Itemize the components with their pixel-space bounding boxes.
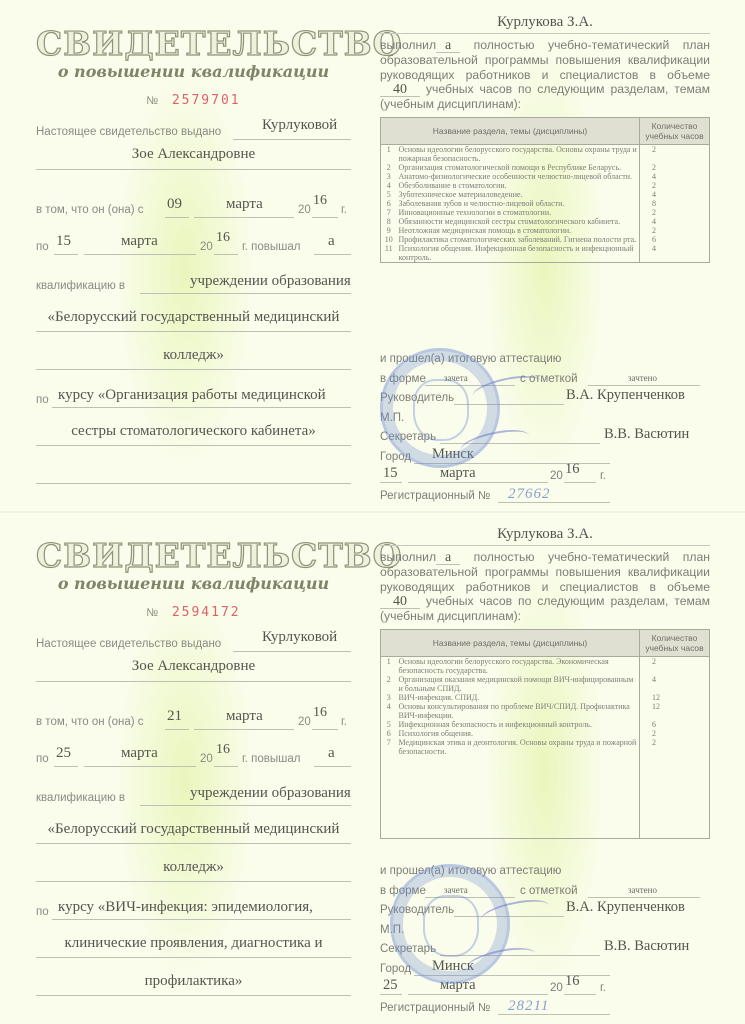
row-topic: Профилактика стоматологических заболеван… (397, 235, 640, 244)
row-topic: Психология общения. Инфекционная безопас… (397, 244, 640, 263)
underline (564, 482, 596, 483)
issue-date-line: 25 марта 20 16 г. (380, 978, 710, 997)
row-number: 9 (381, 226, 397, 235)
institution-line-3: колледж» (36, 347, 351, 364)
course-line: клинические проявления, диагностика и (36, 936, 351, 958)
certificate: СВИДЕТЕЛЬСТВО о повышении квалификации №… (0, 0, 745, 512)
course-line: по курсу «ВИЧ-инфекция: эпидемиология, (36, 898, 351, 920)
mark-label: с отметкой (520, 885, 578, 897)
course-line (36, 462, 351, 484)
row-topic: Обязанности медицинской сестры стоматоло… (397, 217, 640, 226)
certificate-title: СВИДЕТЕЛЬСТВО (36, 536, 351, 575)
row-hours: 2 (640, 208, 710, 217)
date-year-label: г. (600, 470, 606, 482)
row-hours: 12 (640, 702, 710, 720)
coat-of-arms-icon (423, 895, 479, 957)
issued-label: Настоящее свидетельство выдано (36, 638, 221, 650)
table-row: 1Основы идеологии белорусского государст… (381, 145, 710, 164)
table-row: 2Организация стоматологической помощи в … (381, 163, 710, 172)
course-line-1: курсу «Организация работы медицинской (58, 387, 326, 404)
certificate-back: Курлукова З.А. выполнила полностью учебн… (380, 0, 710, 512)
year-label: г. (341, 204, 347, 216)
row-hours: 2 (640, 657, 710, 676)
row-number: 2 (381, 163, 397, 172)
row-hours: 4 (640, 244, 710, 263)
course-line-2: клинические проявления, диагностика и (36, 935, 351, 952)
secretary-name: В.В. Васютин (604, 426, 689, 443)
underline (588, 897, 700, 898)
hours-text: учебных часов по следующим разделам, тем… (380, 594, 710, 623)
course-label: по (36, 906, 49, 918)
underline (312, 729, 338, 730)
institution-line: колледж» (36, 860, 351, 882)
date-year-suffix: 16 (565, 973, 580, 990)
given-names-value: Зое Александровне (36, 658, 351, 675)
institution-line-1: учреждении образования (190, 785, 351, 802)
qualification-label: квалификацию в (36, 280, 125, 292)
underline (52, 407, 351, 408)
number-label: № (146, 95, 158, 107)
table-row: 1Основы идеологии белорусского государст… (381, 657, 710, 676)
row-hours: 2 (640, 145, 710, 164)
row-hours: 2 (640, 729, 710, 738)
underline (588, 385, 700, 386)
institution-line: «Белорусский государственный медицинский (36, 822, 351, 844)
table-row: 8Обязанности медицинской сестры стоматол… (381, 217, 710, 226)
row-hours: 4 (640, 172, 710, 181)
row-number: 3 (381, 693, 397, 702)
from-year-prefix: 20 (298, 716, 311, 728)
row-topic: Организация оказания медицинской помощи … (397, 675, 640, 693)
from-day: 09 (167, 196, 182, 213)
underline (314, 766, 351, 767)
to-year-suffix: 16 (216, 742, 230, 757)
table-row: 11Психология общения. Инфекционная безоп… (381, 244, 710, 263)
underline (165, 729, 189, 730)
from-year-suffix: 16 (313, 193, 327, 208)
certificate-front: СВИДЕТЕЛЬСТВО о повышении квалификации №… (36, 512, 351, 1024)
table-empty-space (381, 756, 710, 838)
completed-suffix: а (436, 40, 460, 53)
table-row: 5Зуботехническое материаловедение.4 (381, 190, 710, 199)
holder-name-line: Курлукова З.А. (380, 10, 710, 34)
row-topic: Медицинская этика и деонтология. Основы … (397, 738, 640, 756)
date-year-prefix: 20 (550, 470, 563, 482)
underline (214, 766, 238, 767)
underline (194, 217, 294, 218)
to-day: 25 (56, 745, 71, 762)
number-label: № (146, 607, 158, 619)
mark-value: зачтено (628, 885, 657, 895)
study-plan-table: Название раздела, темы (дисциплины) Коли… (380, 629, 710, 839)
registration-line: Регистрационный № 28211 (380, 998, 710, 1017)
head-name: В.А. Крупенченков (566, 387, 685, 404)
underline (84, 254, 196, 255)
row-number: 5 (381, 720, 397, 729)
registration-label: Регистрационный № (380, 490, 490, 502)
row-number: 1 (381, 657, 397, 676)
row-topic: Инновационные технологии в стоматологии. (397, 208, 640, 217)
program-paragraph: выполнила полностью учебно-тематический … (380, 38, 710, 112)
program-paragraph: выполнила полностью учебно-тематический … (380, 550, 710, 624)
secretary-name: В.В. Васютин (604, 938, 689, 955)
underline (380, 482, 402, 483)
given-names-line: Зое Александровне (36, 148, 351, 170)
to-year-prefix: 20 (200, 753, 213, 765)
row-number: 6 (381, 199, 397, 208)
course-line: по курсу «Организация работы медицинской (36, 386, 351, 408)
row-hours: 6 (640, 235, 710, 244)
qualification-line: квалификацию в учреждении образования (36, 784, 351, 806)
issue-date-line: 15 марта 20 16 г. (380, 466, 710, 485)
row-hours: 6 (640, 720, 710, 729)
underline (233, 651, 351, 652)
certificate-subtitle: о повышении квалификации (36, 574, 351, 593)
row-number: 1 (381, 145, 397, 164)
institution-line: «Белорусский государственный медицинский (36, 310, 351, 332)
from-date-line: в том, что он (она) с 21 марта 20 16 г. (36, 708, 351, 730)
row-topic: Зуботехническое материаловедение. (397, 190, 640, 199)
row-number: 4 (381, 702, 397, 720)
date-day: 25 (383, 977, 398, 994)
row-hours: 8 (640, 199, 710, 208)
row-topic: Организация стоматологической помощи в Р… (397, 163, 640, 172)
row-hours: 2 (640, 738, 710, 756)
certificate-title: СВИДЕТЕЛЬСТВО (36, 24, 351, 63)
from-year-prefix: 20 (298, 204, 311, 216)
underline (312, 217, 338, 218)
certificate-back: Курлукова З.А. выполнила полностью учебн… (380, 512, 710, 1024)
table-row: 6Заболевания зубов и челюстно-лицевой об… (381, 199, 710, 208)
to-label: по (36, 753, 49, 765)
underline (54, 766, 78, 767)
table-row: 4Основы консультирования по проблеме ВИЧ… (381, 702, 710, 720)
mark-value: зачтено (628, 373, 657, 383)
column-header-name: Название раздела, темы (дисциплины) (381, 118, 640, 145)
course-line: профилактика» (36, 974, 351, 996)
from-label: в том, что он (она) с (36, 716, 144, 728)
row-hours: 4 (640, 675, 710, 693)
given-names-value: Зое Александровне (36, 146, 351, 163)
registration-line: Регистрационный № 27662 (380, 486, 710, 505)
to-year-prefix: 20 (200, 241, 213, 253)
underline (214, 254, 238, 255)
underline (408, 482, 548, 483)
date-year-suffix: 16 (565, 461, 580, 478)
underline (54, 254, 78, 255)
row-number: 7 (381, 208, 397, 217)
row-topic: Основы идеологии белорусского государств… (397, 657, 640, 676)
from-label: в том, что он (она) с (36, 204, 144, 216)
course-label: по (36, 394, 49, 406)
table-row: 2Организация оказания медицинской помощи… (381, 675, 710, 693)
date-day: 15 (383, 465, 398, 482)
row-topic: ВИЧ-инфекция. СПИД. (397, 693, 640, 702)
year-label: г. (341, 716, 347, 728)
institution-line-2: «Белорусский государственный медицинский (36, 309, 351, 326)
institution-line: колледж» (36, 348, 351, 370)
row-number: 7 (381, 738, 397, 756)
date-year-prefix: 20 (550, 982, 563, 994)
qualification-line: квалификацию в учреждении образования (36, 272, 351, 294)
institution-line-2: «Белорусский государственный медицинский (36, 821, 351, 838)
course-line-2: сестры стоматологического кабинета» (36, 423, 351, 440)
column-header-name: Название раздела, темы (дисциплины) (381, 630, 640, 657)
table-row: 6Психология общения.2 (381, 729, 710, 738)
certificate-number: № 2594172 (36, 604, 351, 620)
registration-number: 27662 (508, 486, 551, 503)
row-topic: Основы консультирования по проблеме ВИЧ/… (397, 702, 640, 720)
course-line-1: курсу «ВИЧ-инфекция: эпидемиология, (58, 899, 313, 916)
to-month: марта (121, 233, 158, 250)
to-month: марта (121, 745, 158, 762)
row-topic: Обезболивание в стоматологии. (397, 181, 640, 190)
certificate-subtitle: о повышении квалификации (36, 62, 351, 81)
underline (52, 919, 351, 920)
row-number: 6 (381, 729, 397, 738)
issued-label: Настоящее свидетельство выдано (36, 126, 221, 138)
completed-label: выполнил (380, 38, 436, 52)
underline (380, 994, 402, 995)
underline (564, 994, 596, 995)
from-year-suffix: 16 (313, 705, 327, 720)
table-row: 7Инновационные технологии в стоматологии… (381, 208, 710, 217)
row-topic: Неотложная медицинская помощь в стоматол… (397, 226, 640, 235)
row-topic: Инфекционная безопасность и инфекционный… (397, 720, 640, 729)
row-number: 5 (381, 190, 397, 199)
table-row: 7Медицинская этика и деонтология. Основы… (381, 738, 710, 756)
to-date-line: по 25 марта 20 16 г. повышал а (36, 745, 351, 767)
row-topic: Заболевания зубов и челюстно-лицевой обл… (397, 199, 640, 208)
improved-suffix: а (328, 233, 335, 250)
underline (233, 139, 351, 140)
given-names-line: Зое Александровне (36, 660, 351, 682)
row-number: 10 (381, 235, 397, 244)
registration-number: 28211 (508, 998, 549, 1015)
row-hours: 4 (640, 217, 710, 226)
improved-label: г. повышал (242, 753, 301, 765)
course-line: сестры стоматологического кабинета» (36, 424, 351, 446)
date-year-label: г. (600, 982, 606, 994)
holder-name: Курлукова З.А. (497, 526, 593, 542)
certificate: СВИДЕТЕЛЬСТВО о повышении квалификации №… (0, 512, 745, 1024)
row-topic: Анатомо-физиологические особенности челю… (397, 172, 640, 181)
column-header-hours: Количество учебных часов (640, 630, 710, 657)
table-row: 5Инфекционная безопасность и инфекционны… (381, 720, 710, 729)
page-divider (0, 511, 745, 513)
certificate-front: СВИДЕТЕЛЬСТВО о повышении квалификации №… (36, 0, 351, 512)
from-month: марта (226, 196, 263, 213)
row-topic: Психология общения. (397, 729, 640, 738)
qualification-label: квалификацию в (36, 792, 125, 804)
institution-line-1: учреждении образования (190, 273, 351, 290)
completed-label: выполнил (380, 550, 436, 564)
issued-line: Настоящее свидетельство выдано Курлуково… (36, 630, 351, 652)
table-row: 4Обезболивание в стоматологии.2 (381, 181, 710, 190)
hours-total: 40 (380, 84, 420, 97)
underline (140, 805, 351, 806)
table-row: 3Анатомо-физиологические особенности чел… (381, 172, 710, 181)
to-date-line: по 15 марта 20 16 г. повышал а (36, 233, 351, 255)
table-row: 9Неотложная медицинская помощь в стомато… (381, 226, 710, 235)
number-value: 2579701 (172, 93, 241, 108)
row-number: 11 (381, 244, 397, 263)
column-header-hours: Количество учебных часов (640, 118, 710, 145)
underline (84, 766, 196, 767)
row-hours: 12 (640, 693, 710, 702)
surname-value: Курлуковой (262, 629, 337, 646)
from-date-line: в том, что он (она) с 09 марта 20 16 г. (36, 196, 351, 218)
row-number: 8 (381, 217, 397, 226)
improved-label: г. повышал (242, 241, 301, 253)
table-row: 10Профилактика стоматологических заболев… (381, 235, 710, 244)
completed-suffix: а (436, 552, 460, 565)
table-row: 3ВИЧ-инфекция. СПИД.12 (381, 693, 710, 702)
to-label: по (36, 241, 49, 253)
row-hours: 2 (640, 226, 710, 235)
holder-name-line: Курлукова З.А. (380, 522, 710, 546)
institution-line-3: колледж» (36, 859, 351, 876)
improved-suffix: а (328, 745, 335, 762)
issued-line: Настоящее свидетельство выдано Курлуково… (36, 118, 351, 140)
row-hours: 4 (640, 190, 710, 199)
underline (408, 994, 548, 995)
row-hours: 2 (640, 181, 710, 190)
underline (140, 293, 351, 294)
row-topic: Основы идеологии белорусского государств… (397, 145, 640, 164)
row-hours: 2 (640, 163, 710, 172)
registration-label: Регистрационный № (380, 1002, 490, 1014)
row-number: 2 (381, 675, 397, 693)
hours-total: 40 (380, 596, 420, 609)
underline (194, 729, 294, 730)
from-month: марта (226, 708, 263, 725)
to-year-suffix: 16 (216, 230, 230, 245)
number-value: 2594172 (172, 605, 241, 620)
head-name: В.А. Крупенченков (566, 899, 685, 916)
certificate-number: № 2579701 (36, 92, 351, 108)
from-day: 21 (167, 708, 182, 725)
surname-value: Курлуковой (262, 117, 337, 134)
coat-of-arms-icon (413, 379, 469, 441)
underline (165, 217, 189, 218)
holder-name: Курлукова З.А. (497, 14, 593, 30)
row-number: 4 (381, 181, 397, 190)
study-plan-table: Название раздела, темы (дисциплины) Коли… (380, 117, 710, 263)
hours-text: учебных часов по следующим разделам, тем… (380, 82, 710, 111)
course-line-3: профилактика» (36, 973, 351, 990)
row-number: 3 (381, 172, 397, 181)
underline (314, 254, 351, 255)
to-day: 15 (56, 233, 71, 250)
